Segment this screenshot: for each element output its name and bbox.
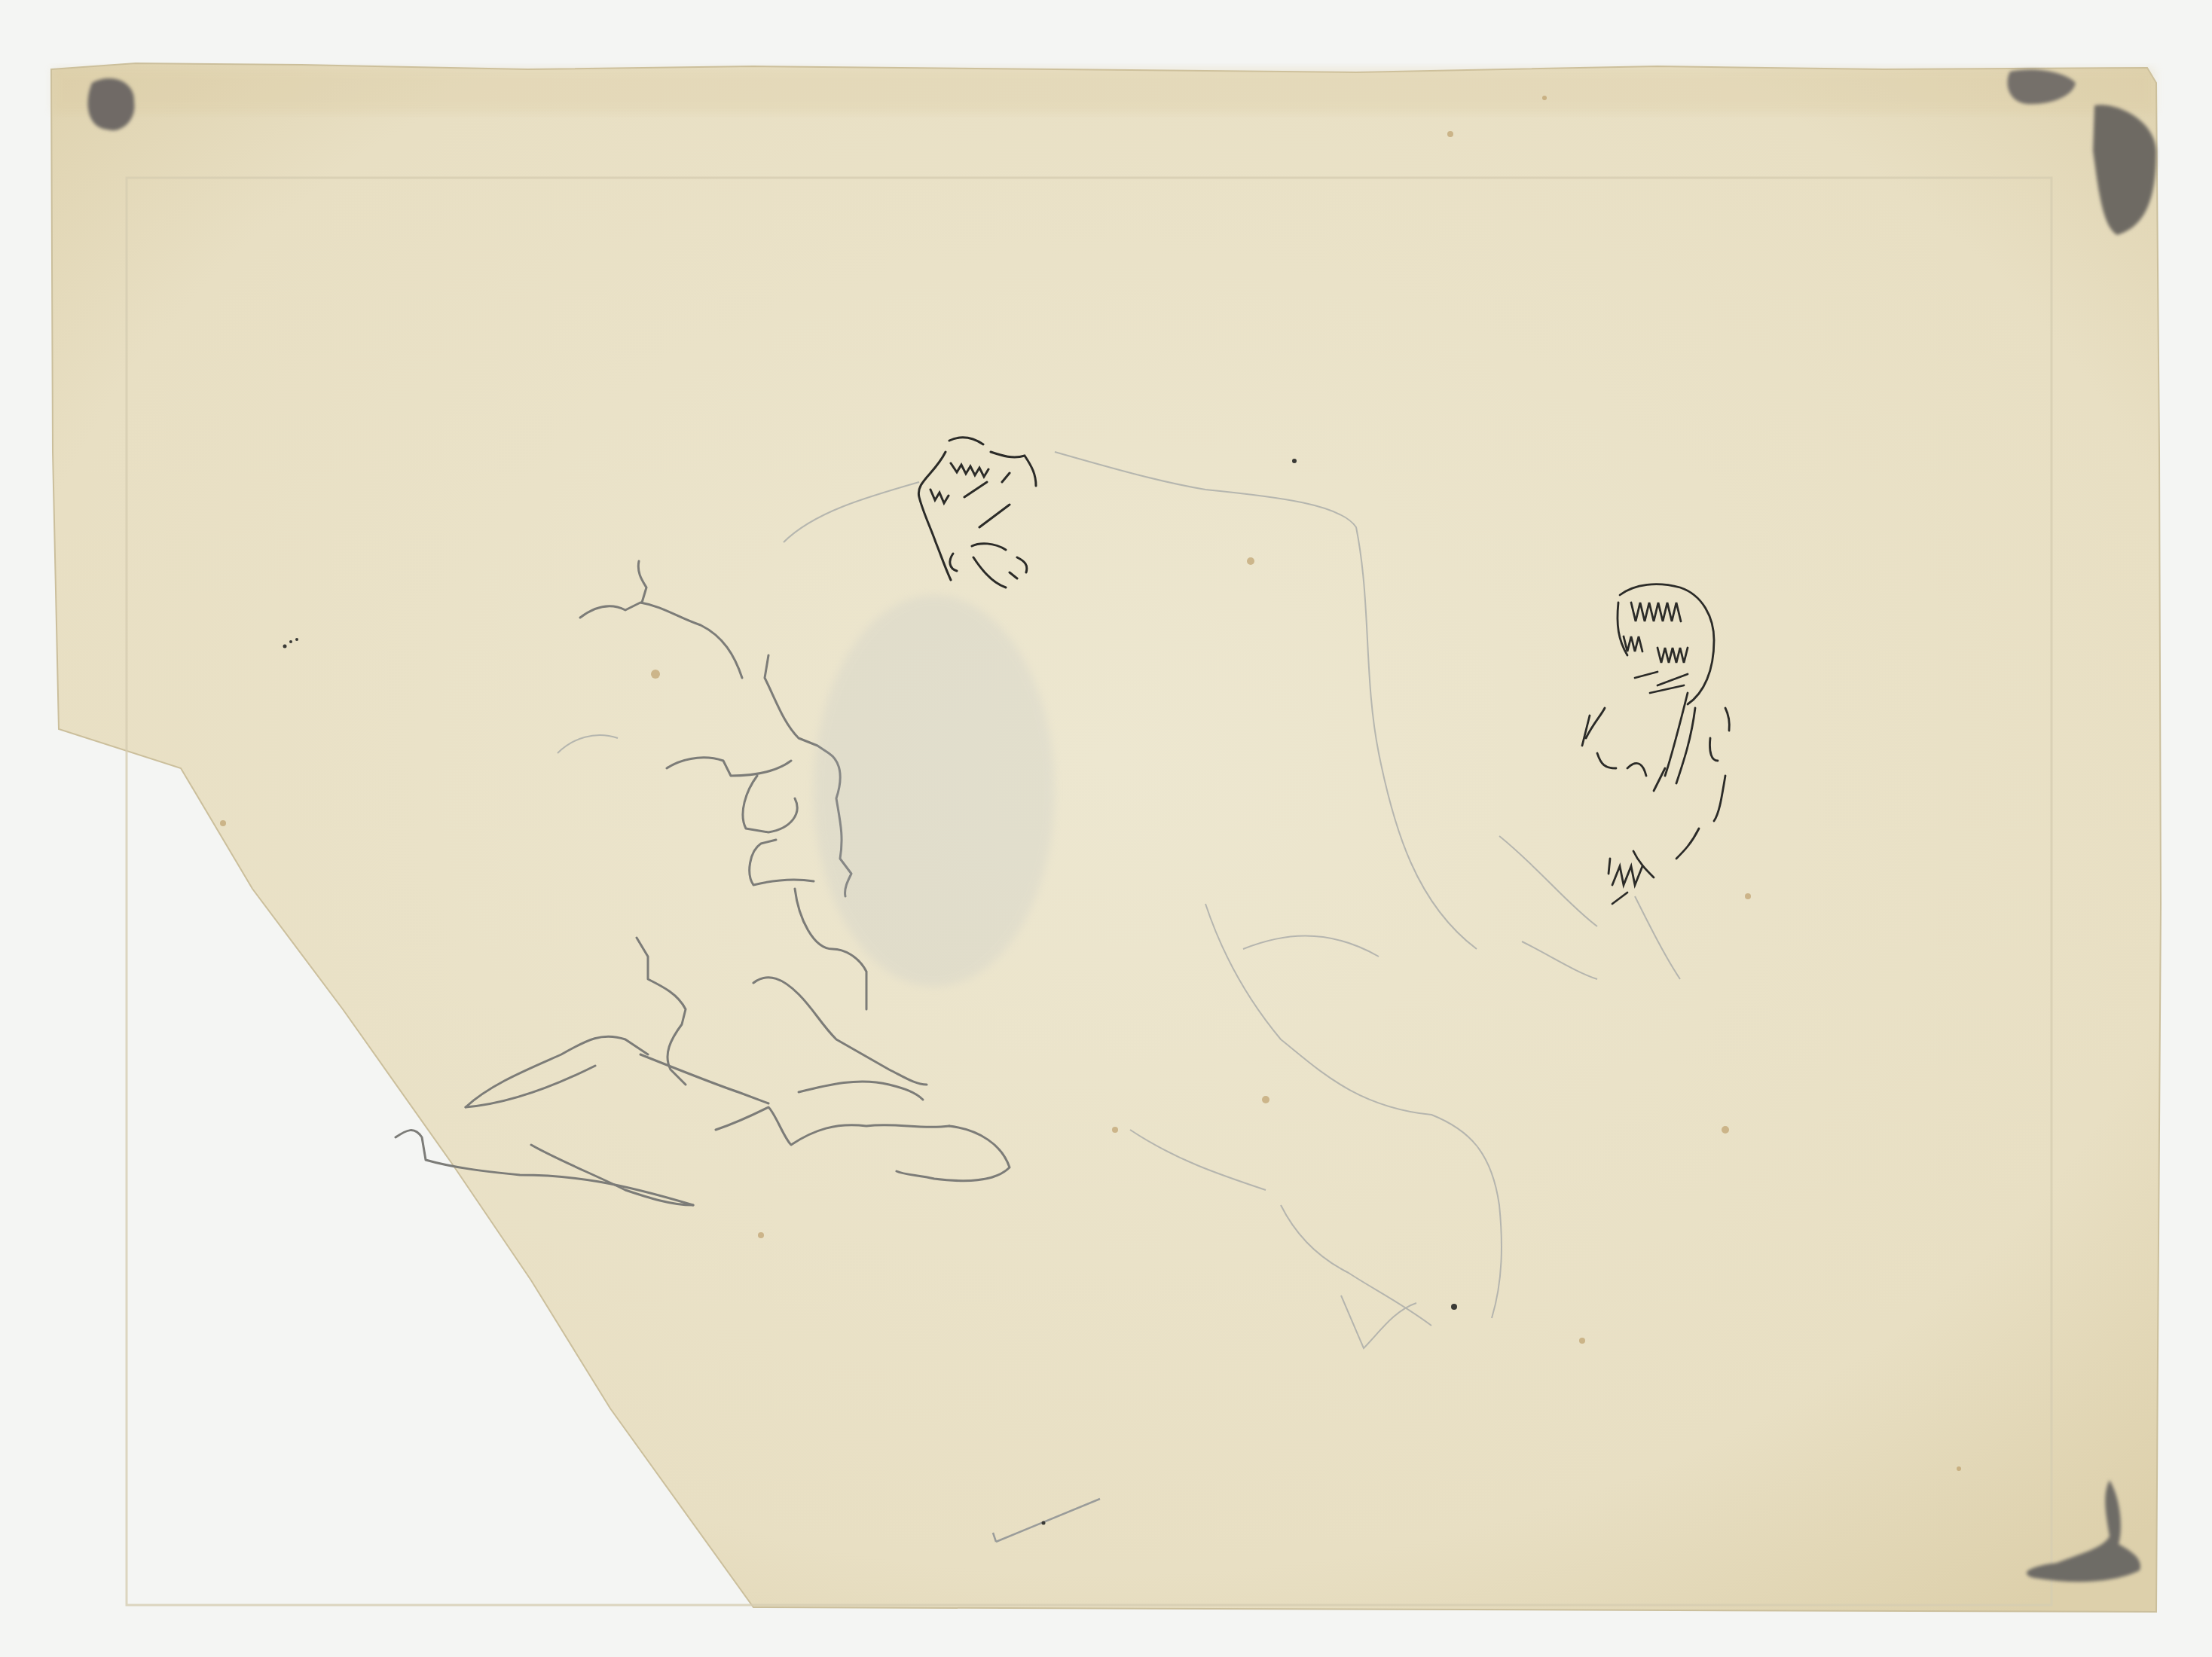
drawing-canvas (0, 0, 2212, 1657)
paper-sheet (51, 63, 2161, 1612)
offset-smudge (814, 595, 1055, 987)
stain-top-left (87, 78, 134, 130)
